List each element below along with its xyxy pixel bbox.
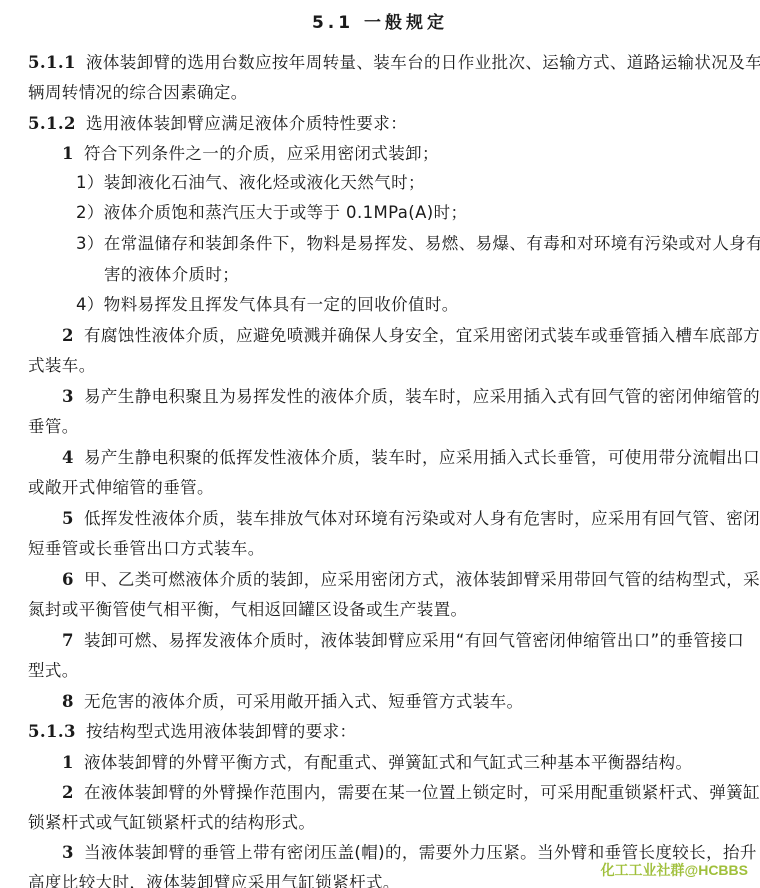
item-text: 符合下列条件之一的介质，应采用密闭式装卸；: [84, 144, 439, 163]
clause-text: 选用液体装卸臂应满足液体介质特性要求：: [86, 114, 407, 133]
item-continuation: 式装车。: [28, 355, 748, 377]
clause-5-1-2: 5.1.2选用液体装卸臂应满足液体介质特性要求：: [28, 113, 748, 135]
item-continuation: 锁紧杆式或气缸锁紧杆式的结构形式。: [28, 812, 748, 834]
item-2: 2在液体装卸臂的外臂操作范围内，需要在某一位置上锁定时，可采用配重锁紧杆式、弹簧…: [62, 782, 760, 804]
document-page: 5.1 一般规定 5.1.1液体装卸臂的选用台数应按年周转量、装车台的日作业批次…: [0, 0, 760, 888]
item-number: 6: [62, 569, 84, 591]
item-text: 有腐蚀性液体介质，应避免喷溅并确保人身安全，宜采用密闭式装车或垂管插入槽车底部方: [84, 326, 760, 345]
item-4: 4易产生静电积聚的低挥发性液体介质，装车时，应采用插入式长垂管，可使用带分流帽出…: [62, 447, 760, 469]
item-text: 装卸可燃、易挥发液体介质时，液体装卸臂应采用“有回气管密闭伸缩管出口”的垂管接口: [84, 631, 744, 650]
subitem-3: 3）在常温储存和装卸条件下，物料是易挥发、易燃、易爆、有毒和对环境有污染或对人身…: [76, 233, 760, 255]
clause-number: 5.1.1: [28, 52, 86, 74]
section-title: 5.1 一般规定: [0, 8, 760, 33]
watermark: 化工工业社群@HCBBS: [601, 860, 748, 880]
subitem-2: 2）液体介质饱和蒸汽压大于或等于 0.1MPa(A)时；: [76, 202, 760, 224]
item-3: 3易产生静电积聚且为易挥发性的液体介质，装车时，应采用插入式有回气管的密闭伸缩管…: [62, 386, 760, 408]
item-text: 无危害的液体介质，可采用敞开插入式、短垂管方式装车。: [84, 692, 523, 711]
item-continuation: 或敞开式伸缩管的垂管。: [28, 477, 748, 499]
item-continuation: 型式。: [28, 660, 748, 682]
item-text: 甲、乙类可燃液体介质的装卸，应采用密闭方式，液体装卸臂采用带回气管的结构型式，采…: [84, 570, 760, 589]
item-2: 2有腐蚀性液体介质，应避免喷溅并确保人身安全，宜采用密闭式装车或垂管插入槽车底部…: [62, 325, 760, 347]
clause-text: 液体装卸臂的选用台数应按年周转量、装车台的日作业批次、运输方式、道路运输状况及车: [86, 53, 760, 72]
clause-5-1-3: 5.1.3按结构型式选用液体装卸臂的要求：: [28, 721, 748, 743]
clause-continuation: 辆周转情况的综合因素确定。: [28, 82, 748, 104]
item-text: 易产生静电积聚且为易挥发性的液体介质，装车时，应采用插入式有回气管的密闭伸缩管的: [84, 387, 760, 406]
item-number: 3: [62, 842, 84, 864]
item-1: 1符合下列条件之一的介质，应采用密闭式装卸；: [62, 143, 760, 165]
item-number: 1: [62, 143, 84, 165]
item-number: 4: [62, 447, 84, 469]
item-number: 2: [62, 325, 84, 347]
clause-number: 5.1.2: [28, 113, 86, 135]
item-text: 易产生静电积聚的低挥发性液体介质，装车时，应采用插入式长垂管，可使用带分流帽出口: [84, 448, 760, 467]
item-number: 3: [62, 386, 84, 408]
item-number: 2: [62, 782, 84, 804]
item-text: 在液体装卸臂的外臂操作范围内，需要在某一位置上锁定时，可采用配重锁紧杆式、弹簧缸: [84, 783, 760, 802]
item-continuation: 氮封或平衡管使气相平衡，气相返回罐区设备或生产装置。: [28, 599, 748, 621]
item-number: 5: [62, 508, 84, 530]
clause-number: 5.1.3: [28, 721, 86, 743]
item-continuation: 短垂管或长垂管出口方式装车。: [28, 538, 748, 560]
item-text: 低挥发性液体介质，装车排放气体对环境有污染或对人身有危害时，应采用有回气管、密闭: [84, 509, 760, 528]
item-continuation: 垂管。: [28, 416, 748, 438]
item-6: 6甲、乙类可燃液体介质的装卸，应采用密闭方式，液体装卸臂采用带回气管的结构型式，…: [62, 569, 760, 591]
item-8: 8无危害的液体介质，可采用敞开插入式、短垂管方式装车。: [62, 691, 760, 713]
clause-text: 按结构型式选用液体装卸臂的要求：: [86, 722, 356, 741]
subitem-continuation: 害的液体介质时；: [104, 264, 760, 286]
item-number: 7: [62, 630, 84, 652]
item-number: 1: [62, 752, 84, 774]
item-1: 1液体装卸臂的外臂平衡方式，有配重式、弹簧缸式和气缸式三种基本平衡器结构。: [62, 752, 760, 774]
item-number: 8: [62, 691, 84, 713]
item-7: 7装卸可燃、易挥发液体介质时，液体装卸臂应采用“有回气管密闭伸缩管出口”的垂管接…: [62, 630, 760, 652]
subitem-1: 1）装卸液化石油气、液化烃或液化天然气时；: [76, 172, 760, 194]
clause-5-1-1: 5.1.1液体装卸臂的选用台数应按年周转量、装车台的日作业批次、运输方式、道路运…: [28, 52, 748, 74]
watermark-primary: 化工工业社群@HCBBS: [601, 862, 748, 878]
item-text: 液体装卸臂的外臂平衡方式，有配重式、弹簧缸式和气缸式三种基本平衡器结构。: [84, 753, 692, 772]
subitem-4: 4）物料易挥发且挥发气体具有一定的回收价值时。: [76, 294, 760, 316]
item-5: 5低挥发性液体介质，装车排放气体对环境有污染或对人身有危害时，应采用有回气管、密…: [62, 508, 760, 530]
